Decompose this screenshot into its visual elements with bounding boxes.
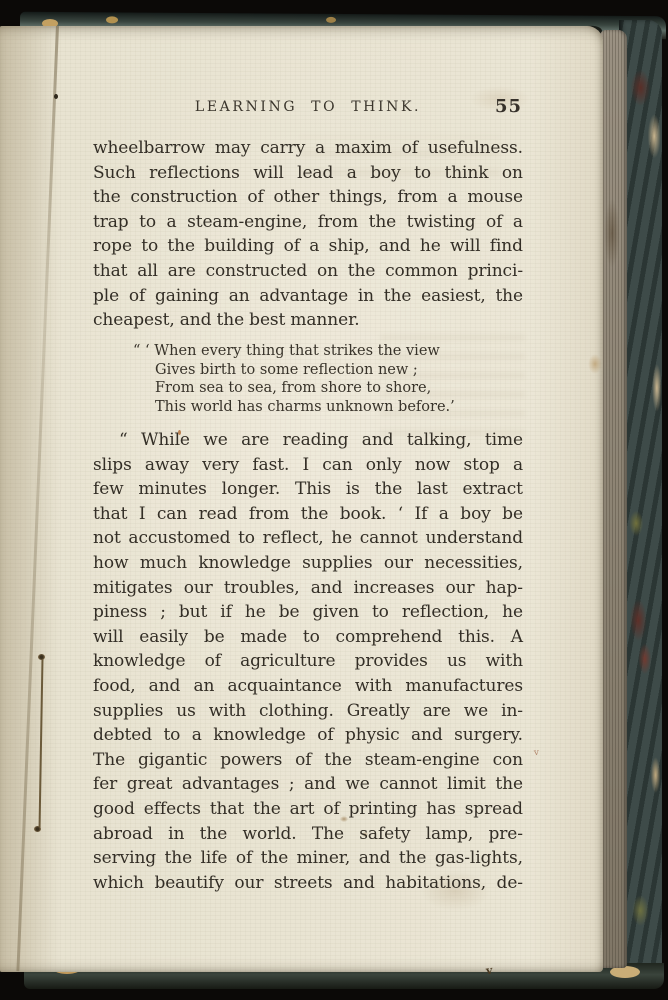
word: the [165,848,193,868]
word: us [176,701,195,721]
word: a [192,725,202,745]
word: trap [93,212,129,232]
word: art [290,799,315,819]
word: he [331,528,352,548]
word: advantage [259,286,348,306]
binding-hole [54,94,58,99]
word: I [302,455,309,475]
word: are [241,430,269,450]
word: abroad [93,824,153,844]
word: beautify [154,873,223,893]
word: is [346,479,360,499]
word: we [203,430,227,450]
word: usefulness. [428,138,523,158]
word: if [220,602,232,622]
word: has [426,799,456,819]
word: will [253,163,283,183]
word: he [245,602,266,622]
word: much [140,553,187,573]
word: the [369,212,397,232]
word: The [312,824,344,844]
word: and [411,725,443,745]
text-line: fergreatadvantages;andwecannotlimitthe [93,774,523,799]
word: lamp, [426,824,473,844]
word: ship, [329,236,370,256]
word: debted [93,725,152,745]
word: While [141,430,190,450]
word: can [157,504,187,524]
word: serving [93,848,156,868]
word: the [384,286,412,306]
word: with [355,676,392,696]
word: wheelbarrow [93,138,205,158]
word: things, [329,187,387,207]
text-line: willeasilybemadetocomprehendthis.A [93,627,523,652]
text-line: slipsawayveryfast.Icanonlynowstopa [93,455,523,480]
text-line: Suchreflectionswillleadaboytothinkon [93,163,523,188]
text-line: abroadintheworld.Thesafetylamp,pre- [93,824,523,849]
word: few [93,479,124,499]
word: but [179,602,207,622]
word: of [284,236,300,256]
text-line: traptoasteam-engine,fromthetwistingofa [93,212,523,237]
word: very [202,455,239,475]
word: to [141,236,158,256]
word: stop [463,455,499,475]
word: on [502,163,523,183]
text-line: This world has charms unknown before.’ [133,399,513,418]
stitch-knot [34,826,41,832]
word: pre- [488,824,522,844]
word: streets [274,873,333,893]
cover-wear-chip [106,16,118,23]
text-line: “Whilewearereadingandtalking,time [93,430,523,455]
word: can [322,455,352,475]
page-header: LEARNING TO THINK. 55 [93,99,523,123]
word: we [345,774,369,794]
word: made [240,627,287,647]
word: fer [93,774,117,794]
word: are [423,701,451,721]
word: a [439,504,449,524]
word: boy [460,504,490,524]
word: the [200,824,228,844]
word: will [93,627,123,647]
word: our [234,873,263,893]
word: steam-engine, [187,212,307,232]
word: and [149,676,181,696]
word: talking, [407,430,472,450]
word: be [279,602,300,622]
text-line: mitigatesourtroubles,andincreasesourhap- [93,578,523,603]
word: an [193,676,214,696]
word: that [93,504,127,524]
word: cheapest, [93,310,175,330]
text-line: From sea to sea, from shore to shore, [133,380,513,399]
word: the [495,774,523,794]
word: gigantic [138,750,207,770]
word: may [215,138,251,158]
word: gas-lights, [435,848,523,868]
word: habitations, [385,873,486,893]
word: If [415,504,428,524]
word: reading [283,430,349,450]
word: how [93,553,128,573]
word: supplies [302,553,372,573]
word: this. [458,627,495,647]
word: find [490,236,523,256]
word: a [315,138,325,158]
word: rope [93,236,132,256]
word: in- [501,701,523,721]
word: the [375,479,403,499]
word: our [184,578,213,598]
word: the [301,504,329,524]
word: spread [465,799,523,819]
word: provides [355,651,428,671]
word: all [137,261,158,281]
word: building [204,236,274,256]
word: of [129,286,145,306]
word: increases [354,578,435,598]
word: think [444,163,488,183]
word: understand [425,528,523,548]
word: reflect, [263,528,324,548]
word: constructed [206,261,308,281]
word: knowledge [93,651,185,671]
word: he [420,236,441,256]
word: advantages [182,774,279,794]
text-line: whichbeautifyourstreetsandhabitations,de… [93,873,523,898]
word: with [209,701,246,721]
word: from [318,212,358,232]
word: now [415,455,450,475]
word: gaining [155,286,219,306]
text-line: pleofgaininganadvantageintheeasiest,the [93,286,523,311]
text-line: “ ‘ When every thing that strikes the vi… [133,343,513,362]
text-line: piness;butifhebegiventoreflection,he [93,602,523,627]
word: other [273,187,319,207]
word: the [93,187,121,207]
text-line: wheelbarrowmaycarryamaximofusefulness. [93,138,523,163]
word: lead [297,163,333,183]
word: “ [119,430,128,450]
word: piness [93,602,147,622]
word: common [385,261,458,281]
word: and [359,848,391,868]
word: a [513,455,523,475]
word: comprehend [336,627,443,647]
paragraph-2: “Whilewearereadingandtalking,timeslipsaw… [93,430,523,897]
word: a [309,236,319,256]
word: good [93,799,135,819]
word: of [236,848,252,868]
word: the [261,848,289,868]
word: that [210,799,244,819]
word: to [303,627,320,647]
word: reflection, [402,602,489,622]
word: to [139,212,156,232]
word: Greatly [347,701,410,721]
word: effects [144,799,201,819]
word: accustomed [128,528,230,548]
foxing-stain [588,354,602,374]
word: life [201,848,228,868]
word: extract [463,479,523,499]
word: best [249,310,285,330]
word: our [384,553,413,573]
word: cannot [379,774,437,794]
cover-wear-chip [326,17,336,23]
margin-tick-mark: v [534,748,540,758]
word: princi- [468,261,523,281]
word: physic [345,725,400,745]
running-title: LEARNING TO THINK. [195,99,421,115]
text-line: howmuchknowledgesuppliesournecessities, [93,553,523,578]
word: minutes [138,479,206,499]
word: a [167,212,177,232]
word: which [93,873,144,893]
word: to [372,602,389,622]
word: that [93,261,127,281]
word: the [495,286,523,306]
word: on [317,261,338,281]
word: in [168,824,184,844]
word: to [414,163,431,183]
text-line: cheapest,andthebestmanner. [93,310,523,335]
word: the [348,261,376,281]
word: ‘ [398,504,403,524]
word: necessities, [424,553,523,573]
text-line: debtedtoaknowledgeofphysicandsurgery. [93,725,523,750]
word: hap- [486,578,523,598]
word: only [366,455,402,475]
ink-mark: v [485,964,493,978]
word: not [93,528,121,548]
word: in [358,286,374,306]
text-line: suppliesuswithclothing.Greatlyarewein- [93,701,523,726]
word: ; [160,602,166,622]
word: de- [497,873,523,893]
word: the [324,750,352,770]
word: with [486,651,523,671]
word: of [402,138,418,158]
word: last [417,479,448,499]
verse-quote: “ ‘ When every thing that strikes the vi… [133,343,513,417]
word: of [323,799,339,819]
word: and [343,873,375,893]
text-block: LEARNING TO THINK. 55 wheelbarrowmaycarr… [93,99,523,123]
word: he [502,602,523,622]
word: manner. [290,310,359,330]
word: time [485,430,523,450]
word: reflections [149,163,240,183]
word: a [448,187,458,207]
stitch-knot [38,654,45,660]
word: steam-engine [365,750,480,770]
word: be [204,627,225,647]
word: ; [289,774,295,794]
word: the [167,236,195,256]
word: will [450,236,480,256]
word: supplies [93,701,163,721]
text-line: knowledgeofagricultureprovidesuswith [93,651,523,676]
text-line: notaccustomedtoreflect,hecannotunderstan… [93,528,523,553]
word: A [511,627,523,647]
word: great [127,774,173,794]
text-line: ropetothebuildingofaship,andhewillfind [93,236,523,261]
word: powers [220,750,282,770]
word: of [205,651,221,671]
word: our [445,578,474,598]
word: surgery. [454,725,523,745]
text-line: servingthelifeoftheminer,andthegas-light… [93,848,523,873]
word: boy [370,163,400,183]
word: troubles, [224,578,300,598]
word: agriculture [240,651,335,671]
word: and [311,578,343,598]
word: mitigates [93,578,173,598]
word: the [399,848,427,868]
word: we [464,701,488,721]
word: food, [93,676,136,696]
word: of [486,212,502,232]
word: cannot [360,528,418,548]
word: and [379,236,411,256]
text-line: fewminuteslonger.Thisisthelastextract [93,479,523,504]
word: the [217,310,245,330]
word: knowledge [213,725,305,745]
word: manufactures [405,676,523,696]
word: construction [130,187,237,207]
page-fore-edge [600,30,627,968]
word: Such [93,163,136,183]
word: con [493,750,523,770]
word: be [502,504,523,524]
word: knowledge [198,553,290,573]
word: of [317,725,333,745]
word: safety [359,824,410,844]
text-line: thatIcanreadfromthebook.‘Ifaboybe [93,504,523,529]
word: to [163,725,180,745]
word: slips [93,455,132,475]
word: the [253,799,281,819]
word: This [295,479,331,499]
word: of [247,187,263,207]
page-number: 55 [495,96,522,117]
word: maxim [335,138,392,158]
word: from [249,504,289,524]
word: easiest, [421,286,486,306]
fore-edge-stain [604,198,620,268]
text-line: Gives birth to some reflection new ; [133,362,513,381]
word: printing [349,799,418,819]
text-line: theconstructionofotherthings,fromamouse [93,187,523,212]
text-line: food,andanacquaintancewithmanufactures [93,676,523,701]
word: of [295,750,311,770]
word: limit [447,774,486,794]
word: world. [243,824,297,844]
word: longer. [222,479,281,499]
word: book. [340,504,387,524]
word: I [139,504,146,524]
paragraph-1: wheelbarrowmaycarryamaximofusefulness.Su… [93,138,523,335]
word: ple [93,286,119,306]
word: acquaintance [227,676,341,696]
word: miner, [297,848,351,868]
word: fast. [252,455,289,475]
word: a [513,212,523,232]
word: a [347,163,357,183]
word: away [145,455,189,475]
word: carry [260,138,305,158]
text-line: Thegiganticpowersofthesteam-enginecon [93,750,523,775]
word: an [229,286,250,306]
word: twisting [407,212,476,232]
word: us [447,651,466,671]
word: read [199,504,238,524]
word: mouse [467,187,523,207]
word: from [397,187,437,207]
word: to [238,528,255,548]
word: are [168,261,196,281]
word: and [362,430,394,450]
book-scan-photo: v v LEARNING TO THINK. 55 wheelbarrowmay… [0,0,668,1000]
word: easily [139,627,188,647]
text-line: goodeffectsthattheartofprintinghasspread [93,799,523,824]
word: and [304,774,336,794]
word: clothing. [259,701,334,721]
word: and [180,310,212,330]
text-line: thatallareconstructedonthecommonprinci- [93,261,523,286]
word: given [312,602,358,622]
word: The [93,750,125,770]
